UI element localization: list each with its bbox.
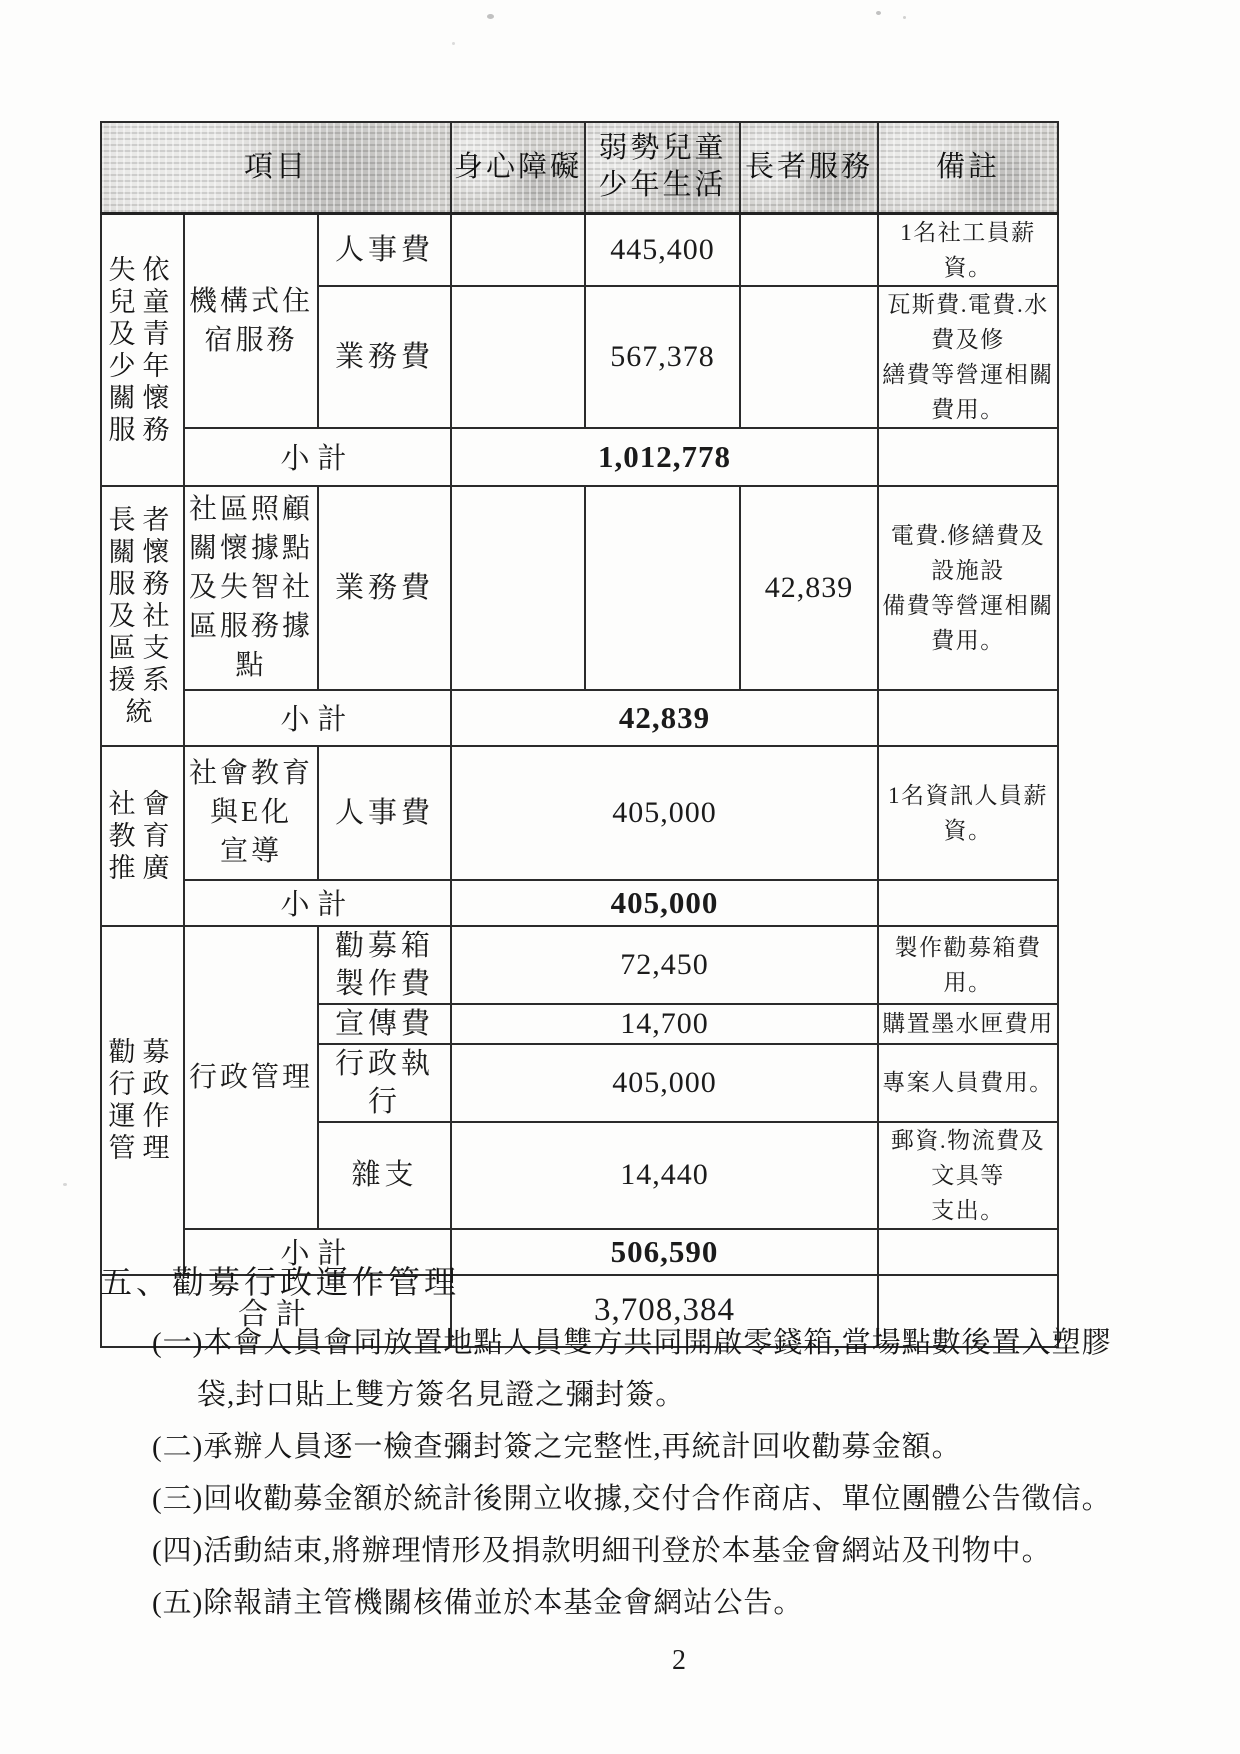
note-cell: 1名社工員薪資。 <box>878 213 1058 286</box>
expense-cell: 行政執行 <box>318 1044 451 1122</box>
procedure-section: 五、勸募行政運作管理 (一)本會人員會同放置地點人員雙方共同開啟零錢箱,當場點數… <box>100 1261 1120 1629</box>
subtotal-label: 小計 <box>184 428 451 486</box>
note-cell: 郵資.物流費及文具等 支出。 <box>878 1122 1058 1229</box>
cell-empty <box>878 428 1058 486</box>
table-row: 小計 42,839 <box>101 690 1058 746</box>
expense-cell: 勸募箱 製作費 <box>318 926 451 1004</box>
header-cell-children: 弱勢兒童 少年生活 <box>585 122 740 213</box>
subitem-admin-management: 行政管理 <box>184 926 318 1229</box>
scan-speck <box>487 14 494 19</box>
header-cell-notes: 備註 <box>878 122 1058 213</box>
scan-speck <box>452 42 455 45</box>
cell-empty <box>740 286 878 428</box>
value-cell: 42,839 <box>740 486 878 690</box>
expense-cell: 人事費 <box>318 213 451 286</box>
cell-empty <box>451 486 585 690</box>
value-cell: 567,378 <box>585 286 740 428</box>
note-cell: 瓦斯費.電費.水費及修 繕費等營運相關費用。 <box>878 286 1058 428</box>
procedure-item-3: (三)回收勸募金額於統計後開立收據,交付合作商店、單位團體公告徵信。 <box>152 1473 1120 1525</box>
value-cell: 72,450 <box>451 926 878 1004</box>
table-row: 社會 教育 推廣 社會教育 與E化 宣導 人事費 405,000 1名資訊人員薪… <box>101 746 1058 880</box>
table-row: 失依 兒童 及青 少年 關懷 服務 機構式住 宿服務 人事費 445,400 1… <box>101 213 1058 286</box>
subtotal-value: 1,012,778 <box>451 428 878 486</box>
note-cell: 專案人員費用。 <box>878 1044 1058 1122</box>
budget-table: 項目 身心障礙 弱勢兒童 少年生活 長者服務 備註 失依 兒童 及青 少年 關懷… <box>100 121 1059 1348</box>
subtotal-label: 小計 <box>184 690 451 746</box>
value-cell: 445,400 <box>585 213 740 286</box>
table-row: 勸募 行政 運作 管理 行政管理 勸募箱 製作費 72,450 製作勸募箱費用。 <box>101 926 1058 1004</box>
header-cell-disability: 身心障礙 <box>451 122 585 213</box>
header-cell-elder: 長者服務 <box>740 122 878 213</box>
value-cell: 14,700 <box>451 1004 878 1044</box>
cell-empty <box>451 213 585 286</box>
subitem-community-care: 社區照顧 關懷據點 及失智社 區服務據 點 <box>184 486 318 690</box>
subitem-social-education: 社會教育 與E化 宣導 <box>184 746 318 880</box>
expense-cell: 人事費 <box>318 746 451 880</box>
subitem-residential-service: 機構式住 宿服務 <box>184 213 318 428</box>
cell-empty <box>585 486 740 690</box>
scan-speck <box>876 11 881 15</box>
expense-cell: 宣傳費 <box>318 1004 451 1044</box>
note-cell: 購置墨水匣費用 <box>878 1004 1058 1044</box>
group-label-elder-care: 長者 關懷 服務 及社 區支 援系 統 <box>101 486 184 746</box>
table-row: 長者 關懷 服務 及社 區支 援系 統 社區照顧 關懷據點 及失智社 區服務據 … <box>101 486 1058 690</box>
note-cell: 製作勸募箱費用。 <box>878 926 1058 1004</box>
expense-cell: 業務費 <box>318 486 451 690</box>
subtotal-value: 405,000 <box>451 880 878 926</box>
cell-empty <box>451 286 585 428</box>
subtotal-value: 42,839 <box>451 690 878 746</box>
header-cell-item: 項目 <box>101 122 451 213</box>
group-label-orphan-youth: 失依 兒童 及青 少年 關懷 服務 <box>101 213 184 486</box>
page-number: 2 <box>672 1645 686 1677</box>
cell-empty <box>878 690 1058 746</box>
procedure-item-1: (一)本會人員會同放置地點人員雙方共同開啟零錢箱,當場點數後置入塑膠 袋,封口貼… <box>152 1317 1120 1421</box>
value-cell: 405,000 <box>451 1044 878 1122</box>
note-cell: 1名資訊人員薪資。 <box>878 746 1058 880</box>
group-label-social-education: 社會 教育 推廣 <box>101 746 184 926</box>
group-label-fundraising-admin: 勸募 行政 運作 管理 <box>101 926 184 1275</box>
subtotal-label: 小計 <box>184 880 451 926</box>
table-row: 項目 身心障礙 弱勢兒童 少年生活 長者服務 備註 <box>101 122 1058 213</box>
table-row: 小計 405,000 <box>101 880 1058 926</box>
procedure-item-2: (二)承辦人員逐一檢查彌封簽之完整性,再統計回收勸募金額。 <box>152 1421 1120 1473</box>
scan-speck <box>903 16 906 19</box>
cell-empty <box>740 213 878 286</box>
section-heading: 五、勸募行政運作管理 <box>100 1261 1120 1303</box>
scan-speck <box>63 1183 67 1186</box>
table-row: 小計 1,012,778 <box>101 428 1058 486</box>
value-cell: 405,000 <box>451 746 878 880</box>
expense-cell: 雜支 <box>318 1122 451 1229</box>
procedure-item-5: (五)除報請主管機關核備並於本基金會網站公告。 <box>152 1577 1120 1629</box>
value-cell: 14,440 <box>451 1122 878 1229</box>
procedure-item-4: (四)活動結束,將辦理情形及捐款明細刊登於本基金會網站及刊物中。 <box>152 1525 1120 1577</box>
expense-cell: 業務費 <box>318 286 451 428</box>
cell-empty <box>878 880 1058 926</box>
note-cell: 電費.修繕費及設施設 備費等營運相關費用。 <box>878 486 1058 690</box>
